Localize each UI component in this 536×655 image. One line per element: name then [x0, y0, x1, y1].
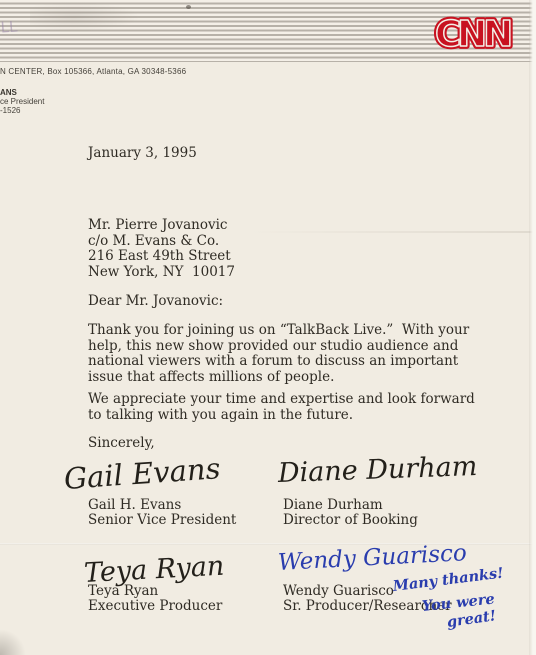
body-paragraph-2: We appreciate your time and expertise an…: [88, 392, 475, 423]
cnn-logo: CNN CNN: [423, 11, 521, 55]
paper-crease: [250, 231, 536, 233]
scan-corner-shadow: [0, 629, 26, 655]
closing: Sincerely,: [88, 436, 155, 452]
printed-title-diane-durham: Director of Booking: [283, 513, 418, 529]
signature-wendy-guarisco: Wendy Guarisco: [277, 540, 467, 576]
recipient-line: Mr. Pierre Jovanovic: [88, 217, 228, 233]
recipient-line: 216 East 49th Street: [88, 248, 231, 264]
scanned-letter-page: CNN CNN N CENTER, Box 105366, Atlanta, G…: [0, 0, 536, 655]
paper-edge: [529, 0, 536, 655]
paper-crease: [0, 543, 536, 545]
letter-date: January 3, 1995: [88, 146, 197, 162]
body-paragraph-1: Thank you for joining us on “TalkBack Li…: [88, 323, 469, 385]
printed-title-teya-ryan: Executive Producer: [88, 599, 222, 615]
recipient-line: New York, NY 10017: [88, 264, 235, 280]
recipient-address-block: Mr. Pierre Jovanovic c/o M. Evans & Co. …: [88, 218, 235, 280]
letterhead-address: N CENTER, Box 105366, Atlanta, GA 30348-…: [0, 67, 186, 76]
letterhead-sender-title: ce President: [0, 97, 44, 106]
cnn-logo-icon: CNN CNN: [423, 11, 521, 55]
cnn-logo-text-inner: CNN: [435, 14, 510, 55]
printed-title-gail-evans: Senior Vice President: [88, 513, 236, 529]
signature-gail-evans: Gail Evans: [63, 451, 222, 496]
letterhead-sender-phone: -1526: [0, 106, 20, 115]
salutation: Dear Mr. Jovanovic:: [88, 294, 223, 310]
signature-diane-durham: Diane Durham: [277, 451, 477, 489]
recipient-line: c/o M. Evans & Co.: [88, 233, 219, 249]
letterhead-sender-name: ANS: [0, 88, 17, 97]
